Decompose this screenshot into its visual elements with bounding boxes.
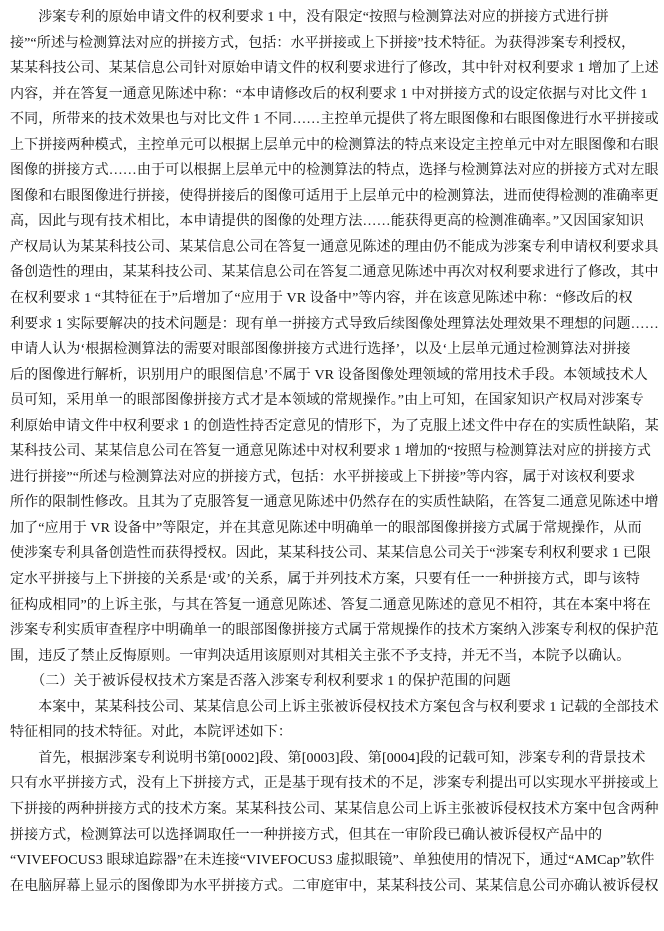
text-line: 使涉案专利具备创造性而获得授权。因此，某某科技公司、某某信息公司关于“涉案专利权… (10, 541, 658, 567)
text-line: 征构成相同”的上诉主张，与其在答复一通意见陈述、答复二通意见陈述的意见不相符，其… (10, 593, 658, 619)
text-line: 围，违反了禁止反悔原则。一审判决适用该原则对其相关主张不予支持，并无不当，本院予… (10, 644, 658, 670)
text-line: 加了“应用于 VR 设备中”等限定，并在其意见陈述中明确单一的眼部图像拼接方式属… (10, 516, 658, 542)
document-body: 涉案专利的原始申请文件的权利要求 1 中，没有限定“按照与检测算法对应的拼接方式… (10, 5, 658, 899)
text-line: 员可知，采用单一的眼部图像拼接方式才是本领域的常规操作。”由上可知，在国家知识产… (10, 388, 658, 414)
text-line: 产权局认为某某科技公司、某某信息公司在答复一通意见陈述的理由仍不能成为涉案专利申… (10, 235, 658, 261)
text-line: 在权利要求 1 “其特征在于”后增加了“应用于 VR 设备中”等内容，并在该意见… (10, 286, 658, 312)
text-line: 某科技公司、某某信息公司在答复一通意见陈述中对权利要求 1 增加的“按照与检测算… (10, 439, 658, 465)
text-line: 本案中，某某科技公司、某某信息公司上诉主张被诉侵权技术方案包含与权利要求 1 记… (10, 695, 658, 721)
text-line: 高，因此与现有技术相比，本申请提供的图像的处理方法……能获得更高的检测准确率。”… (10, 209, 658, 235)
text-line: 涉案专利实质审查程序中明确单一的眼部图像拼接方式属于常规操作的技术方案纳入涉案专… (10, 618, 658, 644)
text-line: 首先，根据涉案专利说明书第[0002]段、第[0003]段、第[0004]段的记… (10, 746, 658, 772)
text-line: 特征相同的技术特征。对此，本院评述如下： (10, 720, 658, 746)
text-line: 不同，所带来的技术效果也与对比文件 1 不同……主控单元提供了将左眼图像和右眼图… (10, 107, 658, 133)
text-line: 利原始申请文件中权利要求 1 的创造性持否定意见的情形下，为了克服上述文件中存在… (10, 414, 658, 440)
text-line: 内容，并在答复一通意见陈述中称：“本申请修改后的权利要求 1 中对拼接方式的设定… (10, 82, 658, 108)
text-line: 图像和右眼图像进行拼接，使得拼接后的图像可适用于上层单元中的检测算法，进而使得检… (10, 184, 658, 210)
text-line: 后的图像进行解析，识别用户的眼图信息’不属于 VR 设备图像处理领域的常用技术手… (10, 363, 658, 389)
text-line: 备创造性的理由，某某科技公司、某某信息公司在答复二通意见陈述中再次对权利要求进行… (10, 260, 658, 286)
text-line: 申请人认为‘根据检测算法的需要对眼部图像拼接方式进行选择’，以及‘上层单元通过检… (10, 337, 658, 363)
text-line: 某某科技公司、某某信息公司针对原始申请文件的权利要求进行了修改，其中针对权利要求… (10, 56, 658, 82)
text-line: （二）关于被诉侵权技术方案是否落入涉案专利权利要求 1 的保护范围的问题 (10, 669, 658, 695)
text-line: 上下拼接两种模式，主控单元可以根据上层单元中的检测算法的特点来设定主控单元中对左… (10, 133, 658, 159)
text-line: 下拼接的两种拼接方式的技术方案。某某科技公司、某某信息公司上诉主张被诉侵权技术方… (10, 797, 658, 823)
text-line: 所作的限制性修改。且其为了克服答复一通意见陈述中仍然存在的实质性缺陷，在答复二通… (10, 490, 658, 516)
text-line: 在电脑屏幕上显示的图像即为水平拼接方式。二审庭审中，某某科技公司、某某信息公司亦… (10, 874, 658, 900)
text-line: 涉案专利的原始申请文件的权利要求 1 中，没有限定“按照与检测算法对应的拼接方式… (10, 5, 658, 31)
text-line: 只有水平拼接方式，没有上下拼接方式，正是基于现有技术的不足，涉案专利提出可以实现… (10, 771, 658, 797)
text-line: 进行拼接”“所述与检测算法对应的拼接方式，包括：水平拼接或上下拼接”等内容，属于… (10, 465, 658, 491)
text-line: 定水平拼接与上下拼接的关系是‘或’的关系，属于并列技术方案，只要有任一一种拼接方… (10, 567, 658, 593)
document-page: 涉案专利的原始申请文件的权利要求 1 中，没有限定“按照与检测算法对应的拼接方式… (0, 0, 664, 931)
text-line: 图像的拼接方式……由于可以根据上层单元中的检测算法的特点，选择与检测算法对应的拼… (10, 158, 658, 184)
text-line: 接”“所述与检测算法对应的拼接方式，包括：水平拼接或上下拼接”技术特征。为获得涉… (10, 31, 658, 57)
text-line: “VIVEFOCUS3 眼球追踪器”在未连接“VIVEFOCUS3 虚拟眼镜”、… (10, 848, 658, 874)
text-line: 拼接方式，检测算法可以选择调取任一一种拼接方式，但其在一审阶段已确认被诉侵权产品… (10, 823, 658, 849)
text-line: 利要求 1 实际要解决的技术问题是：现有单一拼接方式导致后续图像处理算法处理效果… (10, 312, 658, 338)
